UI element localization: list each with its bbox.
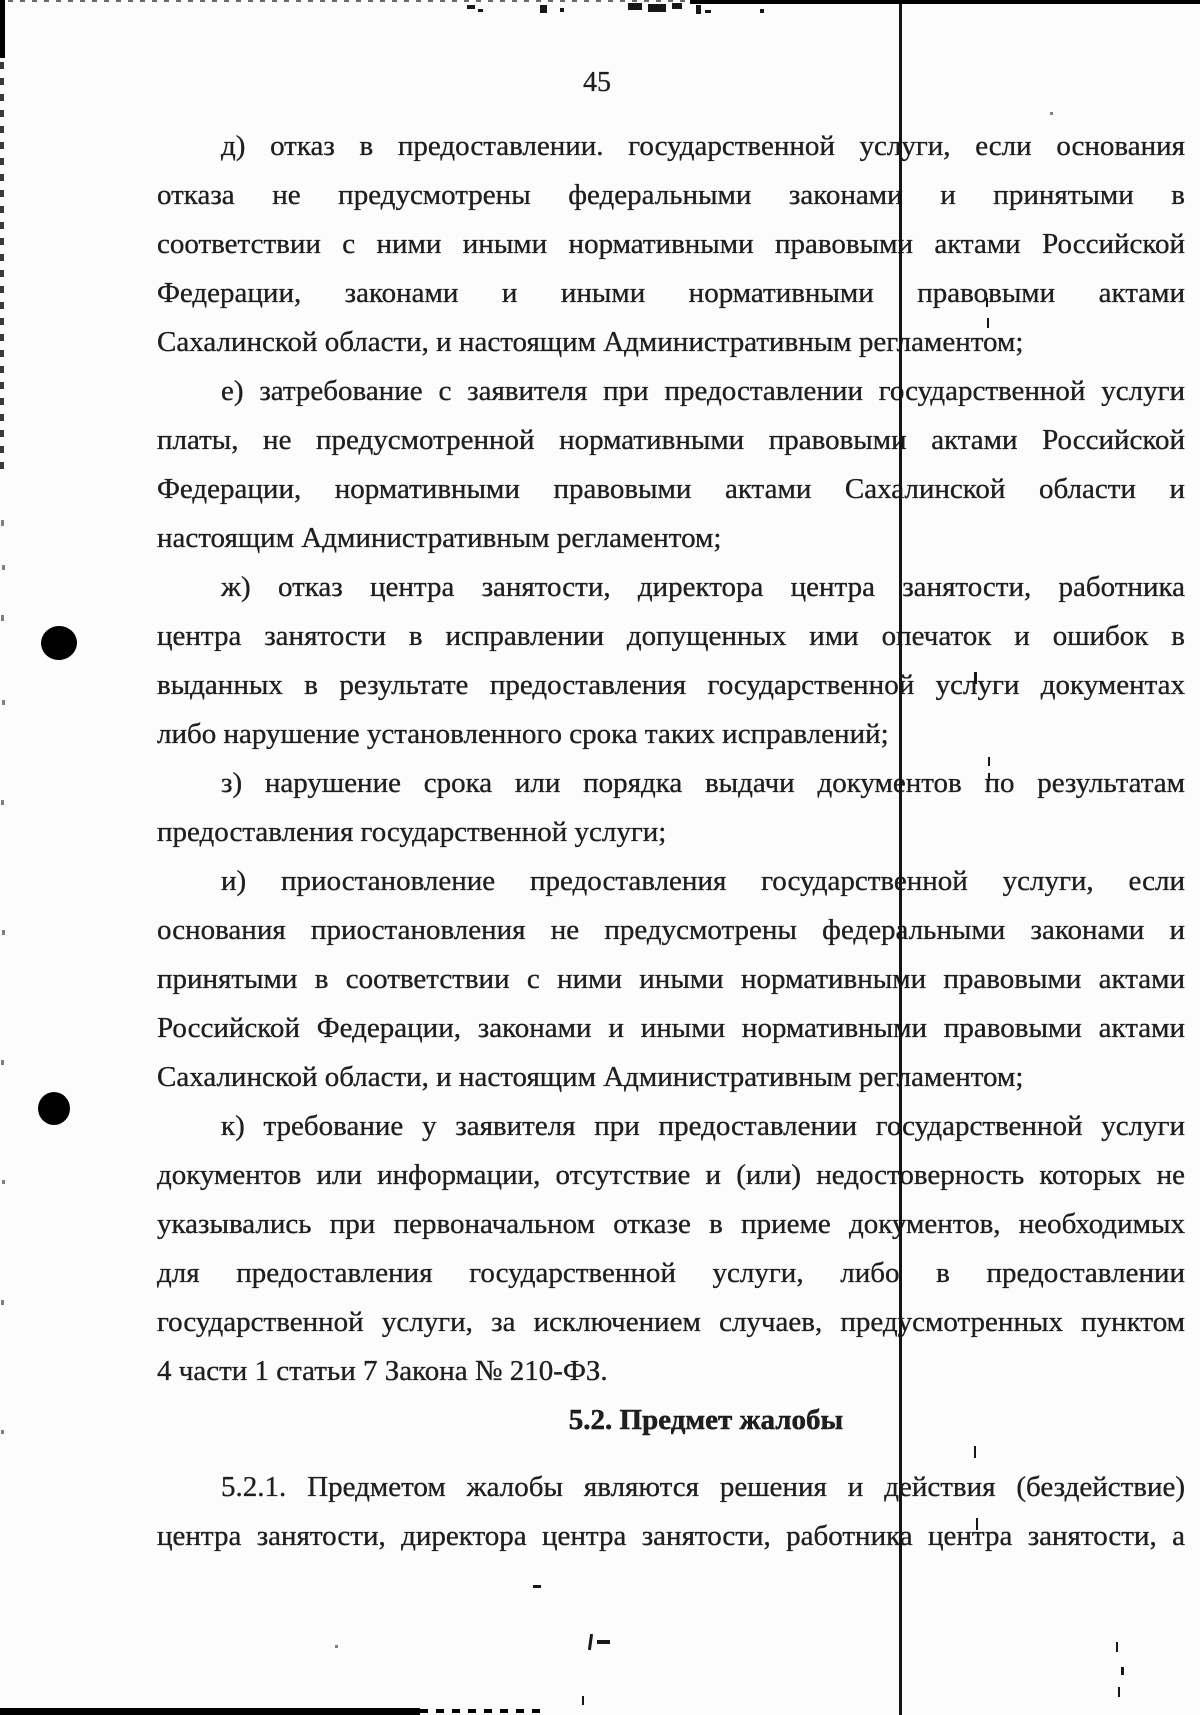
- scan-tick: [974, 1446, 976, 1458]
- binder-edge-dashes: [0, 62, 4, 470]
- scan-speck: [1050, 112, 1053, 115]
- scan-speck: [2, 930, 5, 935]
- scan-speck: [478, 9, 483, 12]
- text-line: Федерации, нормативными правовыми актами…: [157, 465, 1185, 514]
- text-line: ж) отказ центра занятости, директора цен…: [157, 563, 1185, 612]
- scan-tick: [1121, 1667, 1124, 1675]
- scan-speck: [560, 8, 564, 12]
- scan-tick: [974, 672, 977, 684]
- text-line: Российской Федерации, законами и иными н…: [157, 1004, 1185, 1053]
- scan-tick: [1118, 1687, 1120, 1697]
- scan-speck: [588, 1634, 593, 1650]
- text-line: принятыми в соответствии с ними иными но…: [157, 955, 1185, 1004]
- scan-speck: [2, 1180, 5, 1184]
- scan-tick: [986, 298, 988, 307]
- scan-speck: [648, 4, 666, 12]
- scan-speck: [672, 3, 682, 9]
- scan-speck: [582, 1696, 584, 1705]
- scan-speck: [1, 1430, 4, 1434]
- scan-tick: [982, 1026, 984, 1036]
- scan-tick: [987, 318, 989, 328]
- scan-speck: [2, 700, 5, 705]
- text-line: к) требование у заявителя при предоставл…: [157, 1102, 1185, 1151]
- text-line: платы, не предусмотренной нормативными п…: [157, 416, 1185, 465]
- text-line: выданных в результате предоставления гос…: [157, 661, 1185, 710]
- scan-speck: [705, 10, 711, 13]
- text-line: отказа не предусмотрены федеральными зак…: [157, 171, 1185, 220]
- top-edge-dotted-line: [8, 0, 690, 2]
- scan-speck: [2, 565, 5, 570]
- top-edge-solid-line: [690, 0, 1200, 4]
- text-line: либо нарушение установленного срока таки…: [157, 710, 1185, 759]
- scan-speck: [696, 5, 701, 14]
- scan-speck: [597, 1640, 610, 1644]
- hole-punch-mark: [38, 1092, 70, 1125]
- scan-speck: [1, 1060, 4, 1065]
- scan-tick: [988, 773, 990, 781]
- scanned-page: 45 д) отказ в предоставлении. государств…: [0, 0, 1200, 1715]
- binder-edge-mark: [0, 0, 5, 58]
- text-line: указывались при первоначальном отказе в …: [157, 1200, 1185, 1249]
- hole-punch-mark: [39, 624, 79, 663]
- scan-speck: [1, 800, 4, 805]
- document-text: д) отказ в предоставлении. государственн…: [157, 122, 1185, 1561]
- text-line: документов или информации, отсутствие и …: [157, 1151, 1185, 1200]
- text-line: соответствии с ними иными нормативными п…: [157, 220, 1185, 269]
- text-line: е) затребование с заявителя при предоста…: [157, 367, 1185, 416]
- text-line: д) отказ в предоставлении. государственн…: [157, 122, 1185, 171]
- scan-tick: [533, 1585, 541, 1588]
- vertical-fold-line: [899, 0, 902, 1715]
- page-number: 45: [157, 58, 1185, 107]
- scan-tick: [988, 757, 990, 766]
- text-line: для предоставления государственной услуг…: [157, 1249, 1185, 1298]
- text-line: и) приостановление предоставления госуда…: [157, 857, 1185, 906]
- scan-speck: [467, 5, 475, 9]
- scan-tick: [976, 1518, 978, 1530]
- text-line: настоящим Административным регламентом;: [157, 514, 1185, 563]
- text-line: 4 части 1 статьи 7 Закона № 210-ФЗ.: [157, 1347, 1185, 1396]
- scan-speck: [335, 1645, 338, 1648]
- scan-speck: [1, 520, 4, 526]
- scan-speck: [1, 615, 4, 621]
- bottom-scan-bar: [0, 1708, 420, 1715]
- section-heading: 5.2. Предмет жалобы: [157, 1396, 1185, 1445]
- text-line: Федерации, законами и иными нормативными…: [157, 269, 1185, 318]
- scan-speck: [1, 1300, 4, 1305]
- text-line: 5.2.1. Предметом жалобы являются решения…: [157, 1463, 1185, 1512]
- text-line: предоставления государственной услуги;: [157, 808, 1185, 857]
- scan-speck: [628, 3, 642, 10]
- text-line: Сахалинской области, и настоящим Админис…: [157, 1053, 1185, 1102]
- text-line: з) нарушение срока или порядка выдачи до…: [157, 759, 1185, 808]
- text-line: центра занятости в исправлении допущенны…: [157, 612, 1185, 661]
- text-line: Сахалинской области, и настоящим Админис…: [157, 318, 1185, 367]
- bottom-scan-bar-dashes: [420, 1709, 545, 1713]
- scan-speck: [540, 5, 547, 13]
- text-line: государственной услуги, за исключением с…: [157, 1298, 1185, 1347]
- scan-speck: [760, 9, 764, 13]
- text-line: центра занятости, директора центра занят…: [157, 1512, 1185, 1561]
- scan-tick: [1116, 1642, 1118, 1652]
- text-line: основания приостановления не предусмотре…: [157, 906, 1185, 955]
